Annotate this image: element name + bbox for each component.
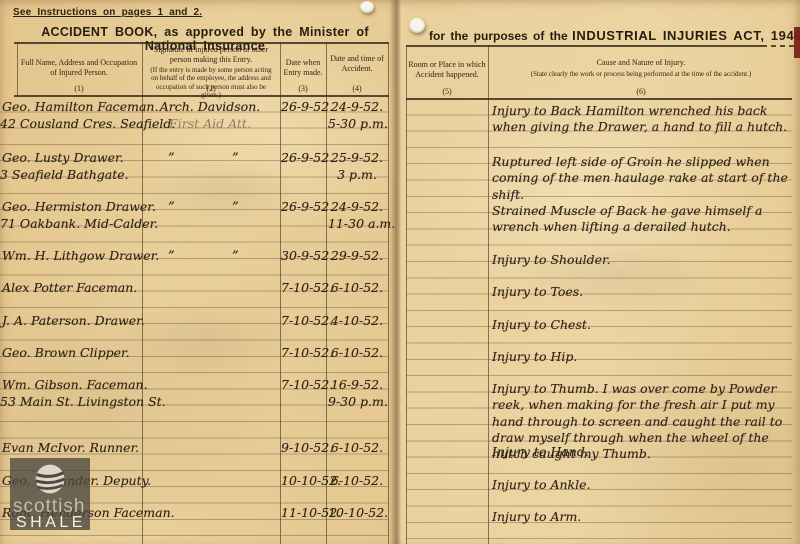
entry-address: 3 Seafield Bathgate.	[0, 168, 140, 182]
ditto-mark: ”	[232, 250, 239, 264]
column-header-4: Date and time of Accident.	[328, 54, 386, 73]
shale-watermark: scottish SHALE	[10, 458, 90, 530]
entry-date-made: 9-10-52.	[281, 441, 325, 455]
entry-date-made: 26-9-52.	[281, 200, 325, 214]
entry-name: Wm. Gibson. Faceman.	[2, 378, 142, 392]
entry-name: Geo. Brown Clipper.	[2, 346, 142, 360]
column-heading: Full Name, Address and Occupation of Inj…	[21, 58, 137, 77]
entry-cause: Injury to Hand.	[492, 444, 792, 460]
entry-cause: Strained Muscle of Back he gave himself …	[492, 203, 792, 236]
instructions-note: See Instructions on pages 1 and 2.	[13, 7, 202, 18]
entry-date-made: 26-9-52.	[281, 100, 325, 114]
entry-cause: Injury to Chest.	[492, 317, 792, 333]
entry-date-made: 30-9-52.	[281, 249, 325, 263]
accident-date: 16-9-52.	[328, 378, 386, 392]
entry-name: Evan McIvor. Runner.	[2, 441, 142, 455]
ditto-mark: ”	[168, 152, 175, 166]
column-heading: Room or Place in which Accident happened…	[408, 60, 485, 79]
accident-date: 6-10-52.	[328, 441, 386, 455]
table-top-border	[406, 45, 762, 47]
red-stamp	[794, 27, 800, 58]
entry-signature: Arch. Davidson.	[146, 100, 274, 114]
entry-cause: Injury to Shoulder.	[492, 252, 792, 268]
column-heading: Date when Entry made.	[283, 58, 322, 77]
watermark-shale: SHALE	[16, 514, 86, 532]
title-act: INDUSTRIAL INJURIES ACT, 1946.	[572, 28, 800, 43]
entry-date-made: 7-10-52.	[281, 314, 325, 328]
accident-date: 6-10-52.	[328, 346, 386, 360]
page-right: for the purposes of the INDUSTRIAL INJUR…	[397, 0, 800, 544]
page-left: See Instructions on pages 1 and 2. ACCID…	[0, 0, 397, 544]
entry-date-made: 11-10-52.	[281, 506, 325, 520]
hole-punch-top	[360, 1, 374, 13]
accident-book-scan: See Instructions on pages 1 and 2. ACCID…	[0, 0, 800, 544]
title-prefix: for the purposes of the	[429, 29, 568, 43]
ditto-mark: ”	[168, 201, 175, 215]
injuries-act-title: for the purposes of the INDUSTRIAL INJUR…	[429, 27, 795, 45]
shale-sphere-icon	[32, 461, 68, 497]
entry-address: 53 Main St. Livingston St.	[0, 395, 140, 409]
column-number-5: (5)	[408, 87, 486, 96]
column-number-1: (1)	[18, 84, 140, 93]
entry-date-made: 7-10-52.	[281, 378, 325, 392]
accident-date: 6-10-52.	[328, 281, 386, 295]
entry-name: J. A. Paterson. Drawer.	[2, 314, 142, 328]
accident-date: 25-9-52.	[328, 151, 386, 165]
column-header-1: Full Name, Address and Occupation of Inj…	[18, 58, 140, 77]
accident-time: 5-30 p.m.	[328, 117, 386, 131]
column-number-4: (4)	[328, 84, 386, 93]
accident-date: 29-9-52.	[328, 249, 386, 263]
entry-signature-note: First Aid Att.	[146, 117, 274, 131]
table-top-border	[14, 42, 389, 44]
entry-name: Wm. H. Lithgow Drawer.	[2, 249, 142, 263]
ditto-mark: ”	[232, 152, 239, 166]
entry-cause: Injury to Back Hamilton wrenched his bac…	[492, 103, 792, 136]
column-subheading: (If the entry is made by some person act…	[146, 66, 276, 100]
entry-cause: Injury to Hip.	[492, 349, 792, 365]
column-number-6: (6)	[492, 87, 790, 96]
accident-date: 24-9-52.	[328, 100, 386, 114]
column-subheading: (State clearly the work or process being…	[492, 70, 790, 78]
column-header-6: Cause and Nature of Injury. (State clear…	[492, 58, 790, 78]
ditto-mark: ”	[232, 201, 239, 215]
entry-cause: Injury to Toes.	[492, 284, 792, 300]
entry-name: Geo. Hamilton Faceman.	[2, 100, 142, 114]
column-heading: Cause and Nature of Injury.	[597, 58, 686, 67]
entry-name: Alex Potter Faceman.	[2, 281, 142, 295]
column-heading: Signature of injured person or other per…	[154, 45, 268, 64]
column-header-3: Date when Entry made.	[281, 58, 325, 77]
entry-cause: Ruptured left side of Groin he slipped w…	[492, 154, 792, 203]
column-header-5: Room or Place in which Accident happened…	[408, 60, 486, 79]
ditto-mark: ”	[168, 250, 175, 264]
column-heading: Date and time of Accident.	[330, 54, 384, 73]
accident-date: 24-9-52.	[328, 200, 386, 214]
accident-date: 4-10-52.	[328, 314, 386, 328]
entry-name: Geo. Hermiston Drawer.	[2, 200, 142, 214]
entry-cause: Injury to Ankle.	[492, 477, 792, 493]
table-top-border-dashed	[762, 45, 795, 47]
accident-date: 6-10-52.	[328, 474, 386, 488]
entry-date-made: 10-10-52.	[281, 474, 325, 488]
page-gutter	[389, 0, 407, 544]
accident-date: 10-10-52.	[328, 506, 386, 520]
accident-time: 11-30 a.m.	[328, 217, 386, 231]
entry-name: Geo. Lusty Drawer.	[2, 151, 142, 165]
hole-punch-center	[409, 18, 425, 33]
column-number-2: (2)	[146, 84, 276, 93]
accident-time: 9-30 p.m.	[328, 395, 386, 409]
entry-date-made: 7-10-52.	[281, 281, 325, 295]
entry-date-made: 26-9-52.	[281, 151, 325, 165]
accident-time: 3 p.m.	[328, 168, 386, 182]
column-number-3: (3)	[281, 84, 325, 93]
entry-date-made: 7-10-52.	[281, 346, 325, 360]
entry-address: 71 Oakbank. Mid-Calder.	[0, 217, 140, 231]
entry-address: 42 Cousland Cres. Seafield.	[0, 117, 140, 131]
entry-cause: Injury to Arm.	[492, 509, 792, 525]
